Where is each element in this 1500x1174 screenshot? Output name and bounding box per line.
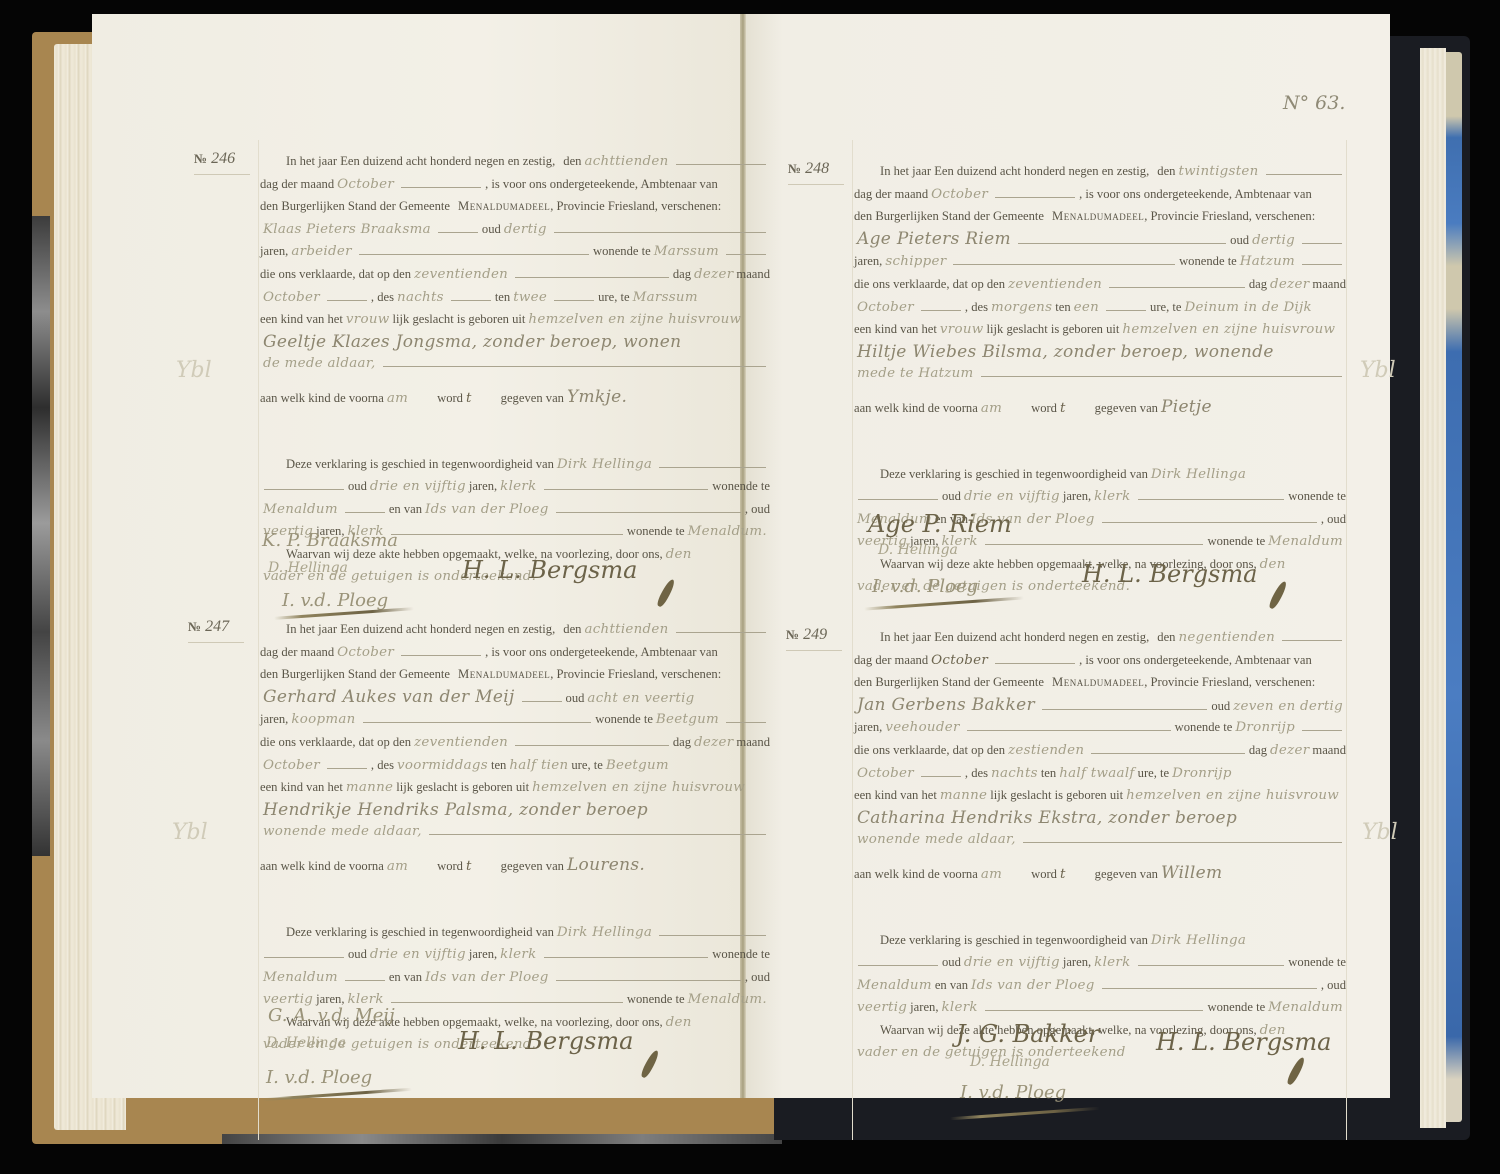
handwritten-entry: klerk (497, 944, 539, 967)
handwritten-entry: voormiddags (394, 755, 491, 778)
entry-number: № 249 (786, 626, 827, 644)
blank-rule (359, 243, 589, 255)
printed-text: aan welk kind de voorna (854, 397, 978, 420)
blank-rule (1102, 977, 1317, 989)
blank-rule (1042, 698, 1207, 710)
form-line: In het jaar Een duizend acht honderd neg… (260, 618, 770, 641)
form-line: een kind van hetvrouwlijk geslacht is ge… (854, 318, 1346, 341)
blank-rule (451, 289, 491, 301)
blank-rule (544, 946, 709, 958)
printed-text: maand (736, 263, 770, 286)
printed-text: wonende te (1288, 951, 1346, 974)
printed-text: Deze verklaring is geschied in tegenwoor… (880, 929, 1148, 952)
blank-rule (391, 523, 623, 535)
printed-text: word (1031, 863, 1057, 886)
printed-text: een kind van het (854, 318, 937, 341)
handwritten-entry: vrouw (937, 319, 987, 342)
blank-rule (858, 954, 938, 966)
printed-text: dag der maand (260, 173, 334, 196)
blank-rule (659, 924, 766, 936)
printed-text: lijk geslacht is geboren uit (990, 784, 1123, 807)
handwritten-entry: achttienden (581, 619, 671, 642)
handwritten-entry: drie en vijftig (961, 486, 1063, 509)
blank-rule (264, 478, 344, 490)
form-line: Deze verklaring is geschied in tegenwoor… (854, 929, 1346, 952)
printed-text: ten (495, 286, 510, 309)
child-name: Willem (1158, 862, 1225, 885)
printed-text: maand (1312, 273, 1346, 296)
mother-name: Catharina Hendriks Ekstra, zonder beroep (854, 807, 1240, 830)
form-line: den Burgerlijken Stand der GemeenteMenal… (854, 671, 1346, 694)
form-line: Menaldumen vanIds van der Ploeg, oud (854, 974, 1346, 997)
blank-rule (345, 501, 385, 513)
blank-rule (401, 176, 481, 188)
handwritten-entry: Beetgum (653, 709, 722, 732)
child-sex: vrouw (343, 309, 393, 332)
blank-rule (676, 153, 766, 165)
printed-text: die ons verklaarde, dat op den (854, 739, 1005, 762)
handwritten-entry: Ids van der Ploeg (422, 967, 552, 990)
printed-text: ten (1055, 296, 1070, 319)
spacer (854, 441, 1346, 463)
handwritten-entry: October (854, 763, 917, 786)
printed-text: den Burgerlijken Stand der Gemeente (854, 205, 1044, 228)
printed-text: wonende te (593, 240, 651, 263)
printed-text: aan welk kind de voorna (260, 387, 384, 410)
handwritten-entry: nachts (988, 763, 1041, 786)
printed-text: jaren, (854, 716, 882, 739)
printed-text: den (1157, 626, 1175, 649)
form-line: een kind van hetmannelijk geslacht is ge… (854, 784, 1346, 807)
printed-text: , Provincie Friesland, verschenen: (1144, 671, 1315, 694)
form-line: In het jaar Een duizend acht honderd neg… (260, 150, 770, 173)
form-line: die ons verklaarde, dat op denzeventiend… (260, 731, 770, 754)
handwritten-entry: October (928, 184, 991, 207)
printed-text: dag (673, 263, 691, 286)
handwritten-entry: negentienden (1175, 627, 1278, 650)
blank-rule (554, 221, 766, 233)
handwritten-entry: acht en veertig (584, 688, 697, 711)
handwritten-entry: hemzelven en zijne huisvrouw (1119, 319, 1338, 342)
handwritten-entry: drie en vijftig (961, 952, 1063, 975)
handwritten-entry: hemzelven en zijne huisvrouw (525, 309, 744, 332)
handwritten-entry: drie en vijftig (367, 944, 469, 967)
printed-text: gegeven van (501, 855, 564, 878)
printed-text: dag (1249, 273, 1267, 296)
printed-text: Menaldumadeel (1052, 205, 1144, 228)
form-line: Geeltje Klazes Jongsma, zonder beroep, w… (260, 331, 770, 354)
form-line: dag der maandOctober, is voor ons onderg… (854, 183, 1346, 206)
printed-text: lijk geslacht is geboren uit (393, 308, 526, 331)
form-line: Deze verklaring is geschied in tegenwoor… (854, 463, 1346, 486)
printed-text: jaren, (910, 996, 938, 1019)
blank-rule (544, 478, 709, 490)
printed-text: wonende te (1288, 485, 1346, 508)
printed-text: een kind van het (260, 776, 343, 799)
form-line: die ons verklaarde, dat op denzestienden… (854, 739, 1346, 762)
handwritten-entry: October (854, 297, 917, 320)
margin-rule-right (852, 140, 853, 1140)
birth-record-247: In het jaar Een duizend acht honderd neg… (260, 618, 770, 1056)
handwritten-entry: schipper (882, 251, 949, 274)
handwritten-entry: dezer (691, 732, 736, 755)
printed-text: In het jaar Een duizend acht honderd neg… (286, 150, 555, 173)
handwritten-entry: veehouder (882, 717, 962, 740)
form-line: ouddrie en vijftigjaren,klerkwonende te (260, 475, 770, 498)
printed-text: , Provincie Friesland, verschenen: (550, 663, 721, 686)
printed-text: oud (942, 485, 961, 508)
entry-number: № 246 (194, 150, 235, 168)
form-line: den Burgerlijken Stand der GemeenteMenal… (260, 195, 770, 218)
printed-text: wonende te (1207, 530, 1265, 553)
form-line: Menaldumen vanIds van der Ploeg, oud (260, 498, 770, 521)
printed-text: gegeven van (1095, 863, 1158, 886)
printed-text: wonende te (595, 708, 653, 731)
handwritten-entry: Ids van der Ploeg (968, 975, 1098, 998)
mother-name: Hendrikje Hendriks Palsma, zonder beroep (260, 799, 651, 822)
blank-rule (401, 644, 481, 656)
blank-rule (967, 719, 1171, 731)
blank-rule (1302, 232, 1342, 244)
printed-text: wonende te (1179, 250, 1237, 273)
printed-text: lijk geslacht is geboren uit (987, 318, 1120, 341)
printed-text: die ons verklaarde, dat op den (260, 731, 411, 754)
signature-witness: I. v.d. Ploeg (960, 1082, 1066, 1103)
declarant-occupation: arbeider (288, 241, 354, 264)
handwritten-entry: den (663, 544, 695, 567)
form-line: dag der maandOctober, is voor ons onderg… (260, 641, 770, 664)
form-line: jaren,koopmanwonende teBeetgum (260, 708, 770, 731)
printed-text: ten (1041, 762, 1056, 785)
form-line: jaren,schipperwonende teHatzum (854, 250, 1346, 273)
form-line: de mede aldaar, (260, 353, 770, 376)
printed-text: , oud (1321, 974, 1346, 997)
blank-rule (1018, 232, 1226, 244)
blank-rule (429, 823, 766, 835)
blank-rule (1102, 511, 1317, 523)
handwritten-entry: mede te Hatzum (854, 363, 977, 386)
printed-text: jaren, (1063, 485, 1091, 508)
printed-text: jaren, (854, 250, 882, 273)
form-line: Catharina Hendriks Ekstra, zonder beroep (854, 807, 1346, 830)
printed-text: wonende te (1175, 716, 1233, 739)
printed-text: oud (942, 951, 961, 974)
form-line: aan welk kind de voornaamwordtgegeven va… (260, 854, 770, 877)
form-line: den Burgerlijken Stand der GemeenteMenal… (854, 205, 1346, 228)
mother-name: Geeltje Klazes Jongsma, zonder beroep, w… (260, 331, 684, 354)
printed-text: ure, te (1150, 296, 1181, 319)
blank-rule (1109, 276, 1245, 288)
handwritten-entry: morgens (988, 297, 1055, 320)
blank-rule (726, 243, 766, 255)
printed-text: , oud (745, 498, 770, 521)
signature-registrar: H. L. Bergsma (1156, 1028, 1331, 1056)
handwritten-entry: Hatzum (1237, 251, 1298, 274)
form-line: een kind van hetmannelijk geslacht is ge… (260, 776, 770, 799)
printed-text: den Burgerlijken Stand der Gemeente (260, 663, 450, 686)
record-day: achttienden (581, 151, 671, 174)
printed-text: wonende te (627, 988, 685, 1011)
handwritten-entry: wonende mede aldaar, (854, 829, 1019, 852)
printed-text: dag der maand (260, 641, 334, 664)
blank-rule (345, 969, 385, 981)
handwritten-entry: Deinum in de Dijk (1182, 297, 1315, 320)
mother-name: Hiltje Wiebes Bilsma, zonder beroep, won… (854, 341, 1277, 364)
handwritten-entry: Dronrijp (1232, 717, 1298, 740)
blank-rule (858, 488, 938, 500)
child-name: Lourens. (564, 854, 648, 877)
handwritten-entry: zeven en dertig (1230, 696, 1346, 719)
form-line: dag der maandOctober, is voor ons onderg… (260, 173, 770, 196)
margin-annotation: Ybl (172, 820, 208, 845)
printed-text: dag der maand (854, 649, 928, 672)
handwritten-entry: twintigsten (1175, 161, 1261, 184)
printed-text: word (437, 387, 463, 410)
handwritten-entry: den (663, 1012, 695, 1035)
handwritten-entry: manne (343, 777, 396, 800)
printed-text: en van (389, 966, 422, 989)
form-line: ouddrie en vijftigjaren,klerkwonende te (854, 485, 1346, 508)
printed-text: jaren, (1063, 951, 1091, 974)
handwritten-entry: Dirk Hellinga (1148, 464, 1249, 487)
declarant-name: Age Pieters Riem (854, 228, 1014, 251)
signature-witness: I. v.d. Ploeg (282, 590, 388, 611)
handwritten-entry: t (1057, 398, 1069, 421)
blank-rule (953, 253, 1175, 265)
blank-rule (985, 533, 1204, 545)
blank-rule (726, 711, 766, 723)
handwritten-entry: klerk (497, 476, 539, 499)
blank-rule (921, 299, 961, 311)
printed-text: oud (348, 475, 367, 498)
form-line: In het jaar Een duizend acht honderd neg… (854, 160, 1346, 183)
form-line: mede te Hatzum (854, 363, 1346, 386)
printed-text: wonende te (627, 520, 685, 543)
printed-text: wonende te (712, 943, 770, 966)
blank-rule (515, 266, 669, 278)
declarant-name: Gerhard Aukes van der Meij (260, 686, 518, 709)
signature-declarant: J. G. Bakker (956, 1020, 1099, 1048)
handwritten-entry: de mede aldaar, (260, 353, 379, 376)
printed-text: en van (935, 974, 968, 997)
handwritten-entry: zestienden (1005, 740, 1087, 763)
printed-text: oud (1211, 695, 1230, 718)
printed-text: In het jaar Een duizend acht honderd neg… (286, 618, 555, 641)
printed-text: dag (673, 731, 691, 754)
blank-rule (391, 991, 623, 1003)
blank-rule (676, 621, 766, 633)
signature-declarant: G. A. v.d. Meij (268, 1005, 395, 1026)
printed-text: Deze verklaring is geschied in tegenwoor… (286, 921, 554, 944)
printed-text: , Provincie Friesland, verschenen: (550, 195, 721, 218)
form-line: Hiltje Wiebes Bilsma, zonder beroep, won… (854, 341, 1346, 364)
printed-text: Deze verklaring is geschied in tegenwoor… (880, 463, 1148, 486)
handwritten-entry: October (928, 650, 991, 673)
child-name: Ymkje. (564, 386, 630, 409)
signature-registrar: H. L. Bergsma (462, 556, 637, 584)
handwritten-entry: Dirk Hellinga (1148, 930, 1249, 953)
handwritten-entry: manne (937, 785, 990, 808)
handwritten-entry: October (260, 287, 323, 310)
form-line: aan welk kind de voornaamwordtgegeven va… (260, 386, 770, 409)
printed-text: wonende te (712, 475, 770, 498)
handwritten-entry: dezer (1267, 740, 1312, 763)
handwritten-entry: Menaldum (260, 967, 341, 990)
blank-rule (522, 690, 562, 702)
printed-text: gegeven van (1095, 397, 1158, 420)
handwritten-entry: den (1257, 554, 1289, 577)
handwritten-entry: October (334, 642, 397, 665)
signature-registrar: H. L. Bergsma (1082, 560, 1257, 588)
form-line: wonende mede aldaar, (260, 821, 770, 844)
blank-rule (985, 999, 1204, 1011)
handwritten-entry: Menaldum (260, 499, 341, 522)
handwritten-entry: hemzelven en zijne huisvrouw (529, 777, 748, 800)
handwritten-entry: Menaldum (1265, 531, 1346, 554)
printed-text: ure, te (598, 286, 629, 309)
declarant-name: Klaas Pieters Braaksma (260, 219, 434, 242)
printed-text: den (563, 618, 581, 641)
margin-annotation: Ybl (176, 358, 212, 383)
handwritten-entry: half twaalf (1056, 763, 1137, 786)
page-block-right (1420, 48, 1446, 1128)
signature-declarant: K. P. Braaksma (262, 530, 398, 551)
blank-rule (1302, 253, 1342, 265)
printed-text: jaren, (469, 943, 497, 966)
form-line: Jan Gerbens Bakkeroudzeven en dertig (854, 694, 1346, 717)
form-line: dag der maandOctober, is voor ons onderg… (854, 649, 1346, 672)
handwritten-entry: dezer (691, 264, 736, 287)
handwritten-entry: dezer (1267, 274, 1312, 297)
form-line: die ons verklaarde, dat op denzeventiend… (854, 273, 1346, 296)
blank-rule (1282, 629, 1342, 641)
child-name: Pietje (1158, 396, 1215, 419)
entry-number: № 248 (788, 160, 829, 178)
blank-rule (554, 289, 594, 301)
handwritten-entry: t (1057, 864, 1069, 887)
printed-text: jaren, (469, 475, 497, 498)
margin-rule-right-outer (1346, 140, 1347, 1140)
birth-record-246: In het jaar Een duizend acht honderd neg… (260, 150, 770, 588)
handwritten-entry: zeventienden (411, 732, 511, 755)
printed-text: jaren, (260, 240, 288, 263)
blank-rule (659, 456, 766, 468)
form-line: In het jaar Een duizend acht honderd neg… (854, 626, 1346, 649)
form-line: October, desvoormiddagstenhalf tienure, … (260, 754, 770, 777)
printed-text: gegeven van (501, 387, 564, 410)
blank-rule (1138, 954, 1285, 966)
form-line: jaren,veehouderwonende teDronrijp (854, 716, 1346, 739)
printed-text: aan welk kind de voorna (260, 855, 384, 878)
handwritten-entry: koopman (288, 709, 358, 732)
blank-rule (1302, 719, 1342, 731)
handwritten-entry: klerk (1091, 486, 1133, 509)
form-line: den Burgerlijken Stand der GemeenteMenal… (260, 663, 770, 686)
handwritten-entry: t (463, 856, 475, 879)
handwritten-entry: twee (510, 287, 550, 310)
blank-rule (1106, 299, 1146, 311)
handwritten-entry: Dirk Hellinga (554, 922, 655, 945)
printed-text: ure, te (1138, 762, 1169, 785)
form-line: een kind van hetvrouwlijk geslacht is ge… (260, 308, 770, 331)
printed-text: , Provincie Friesland, verschenen: (1144, 205, 1315, 228)
blank-rule (995, 186, 1075, 198)
signature-witness: D. Hellinga (878, 542, 958, 558)
marbled-board-side (32, 216, 50, 856)
form-line: wonende mede aldaar, (854, 829, 1346, 852)
printed-text: In het jaar Een duizend acht honderd neg… (880, 160, 1149, 183)
printed-text: oud (1230, 229, 1249, 252)
blank-rule (921, 765, 961, 777)
handwritten-entry: nachts (394, 287, 447, 310)
handwritten-entry: hemzelven en zijne huisvrouw (1123, 785, 1342, 808)
spacer (260, 431, 770, 453)
handwritten-entry: t (463, 388, 475, 411)
handwritten-entry: Marssum (630, 287, 701, 310)
printed-text: die ons verklaarde, dat op den (854, 273, 1005, 296)
handwritten-entry: October (260, 755, 323, 778)
handwritten-entry: dertig (1249, 230, 1298, 253)
spacer (854, 885, 1346, 907)
handwritten-entry: half tien (506, 755, 571, 778)
birth-record-249: In het jaar Een duizend acht honderd neg… (854, 626, 1346, 1064)
handwritten-entry: wonende mede aldaar, (260, 821, 425, 844)
handwritten-entry: drie en vijftig (367, 476, 469, 499)
spacer (260, 899, 770, 921)
blank-rule (1023, 831, 1342, 843)
printed-text: ure, te (571, 754, 602, 777)
printed-text: , des (965, 762, 988, 785)
printed-text: den (1157, 160, 1175, 183)
spacer (854, 419, 1346, 441)
printed-text: , oud (745, 966, 770, 989)
handwritten-entry: Menaldum. (685, 521, 770, 544)
printed-text: maand (736, 731, 770, 754)
form-line: Menaldumen vanIds van der Ploeg, oud (260, 966, 770, 989)
printed-text: jaren, (260, 708, 288, 731)
blank-rule (383, 355, 766, 367)
spacer (260, 409, 770, 431)
printed-text: en van (389, 498, 422, 521)
blank-rule (438, 221, 478, 233)
handwritten-entry: klerk (1091, 952, 1133, 975)
form-line: die ons verklaarde, dat op denzeventiend… (260, 263, 770, 286)
spacer (854, 907, 1346, 929)
signature-witness: D. Hellinga (266, 1035, 346, 1051)
declarant-residence: Marssum (651, 241, 722, 264)
handwritten-entry: Menaldum. (685, 989, 770, 1012)
blank-rule (556, 969, 741, 981)
printed-text: den Burgerlijken Stand der Gemeente (854, 671, 1044, 694)
printed-text: , is voor ons ondergeteekende, Ambtenaar… (485, 173, 718, 196)
spacer (260, 877, 770, 899)
blank-rule (327, 757, 367, 769)
record-month: October (334, 174, 397, 197)
printed-text: een kind van het (260, 308, 343, 331)
handwritten-entry: am (384, 388, 411, 411)
printed-text: oud (566, 687, 585, 710)
blank-rule (264, 946, 344, 958)
form-line: Deze verklaring is geschied in tegenwoor… (260, 453, 770, 476)
folio-number: N° 63. (1283, 92, 1345, 114)
printed-text: , des (371, 754, 394, 777)
declarant-age: dertig (501, 219, 550, 242)
printed-text: den (563, 150, 581, 173)
entry-number: № 247 (188, 618, 229, 636)
signature-witness: D. Hellinga (970, 1054, 1050, 1070)
form-line: ouddrie en vijftigjaren,klerkwonende te (260, 943, 770, 966)
margin-annotation: Ybl (1360, 358, 1396, 383)
